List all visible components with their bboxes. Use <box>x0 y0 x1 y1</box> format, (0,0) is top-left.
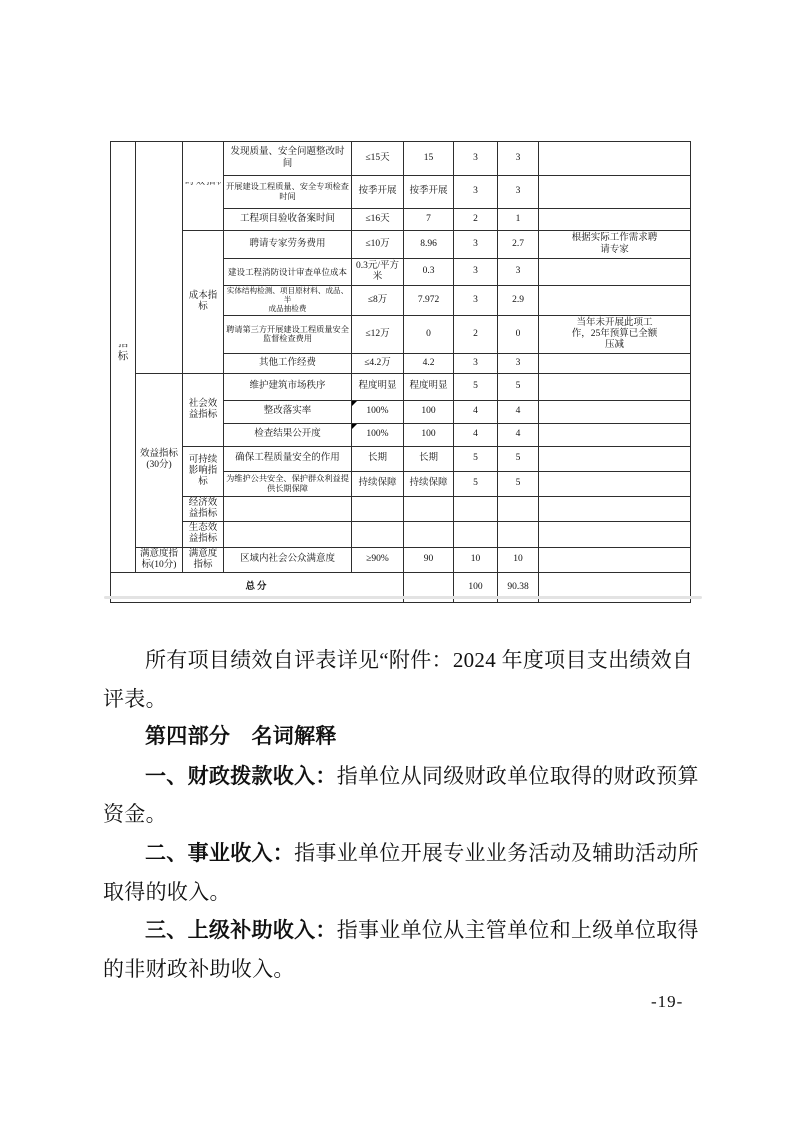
score-cell: 3 <box>498 259 539 286</box>
table-row: 满意度指标(10分) 满意度指标 区域内社会公众满意度 ≥90% 90 10 1… <box>111 547 691 572</box>
indicator-name-cell: 聘请第三方开展建设工程质量安全 监督检查费用 <box>224 315 352 353</box>
points-cell: 4 <box>454 400 498 423</box>
standard-value-cell: 100% <box>352 423 404 446</box>
indicator-name-cell: 区域内社会公众满意度 <box>224 547 352 572</box>
points-cell: 10 <box>454 547 498 572</box>
table-row: 指标 时效指标 发现质量、安全问题整改时间 ≤15天 15 3 3 <box>111 142 691 176</box>
indicator-name-cell: 维护建筑市场秩序 <box>224 373 352 400</box>
points-cell: 3 <box>454 231 498 259</box>
indicator-name-cell: 为维护公共安全、保护群众利益提 供长期保障 <box>224 471 352 496</box>
score-cell: 3 <box>498 176 539 209</box>
indicator-name-cell: 建设工程消防设计审查单位成本 <box>224 259 352 286</box>
score-cell: 4 <box>498 400 539 423</box>
table-row: 可持续影响指标 确保工程质量安全的作用 长期 长期 5 5 <box>111 446 691 471</box>
clipped-group-label: 时效指标 <box>185 182 221 190</box>
points-cell: 5 <box>454 471 498 496</box>
remark-cell <box>539 496 691 521</box>
definition-text: 指单位从同级财政单位取得的财政预算 <box>337 764 699 788</box>
score-cell: 1 <box>498 209 539 231</box>
level1-group-cell-empty <box>136 142 183 374</box>
level1-group-benefit-cell: 效益指标(30分) <box>136 373 183 547</box>
score-cell: 5 <box>498 471 539 496</box>
definition-term: 三、上级补助收入： <box>145 919 337 942</box>
standard-value-cell: 程度明显 <box>352 373 404 400</box>
standard-value-cell: ≤4.2万 <box>352 353 404 373</box>
section-heading: 第四部分 名词解释 <box>103 718 691 757</box>
definition-line: 二、事业收入：指事业单位开展专业业务活动及辅助活动所 <box>103 834 691 873</box>
definition-term: 二、事业收入： <box>145 842 294 865</box>
score-cell: 2.7 <box>498 231 539 259</box>
table-row: 成本指标 聘请专家劳务费用 ≤10万 8.96 3 2.7 根据实际工作需求聘 … <box>111 231 691 259</box>
level1-group-satisfaction-cell: 满意度指标(10分) <box>136 547 183 572</box>
level2-group-sustainability-cell: 可持续影响指标 <box>183 446 224 496</box>
completion-value-cell: 7 <box>404 209 454 231</box>
points-cell: 2 <box>454 315 498 353</box>
score-cell <box>498 496 539 521</box>
standard-value-cell <box>352 522 404 547</box>
score-cell: 4 <box>498 423 539 446</box>
remark-cell <box>539 446 691 471</box>
completion-value-cell: 按季开展 <box>404 176 454 209</box>
indicator-name-cell <box>224 522 352 547</box>
points-cell: 3 <box>454 142 498 176</box>
standard-value-cell: ≥90% <box>352 547 404 572</box>
level2-group-timeliness-cell: 时效指标 <box>183 142 224 231</box>
standard-value-cell: ≤10万 <box>352 231 404 259</box>
points-cell: 3 <box>454 259 498 286</box>
points-cell <box>454 496 498 521</box>
remark-cell <box>539 259 691 286</box>
completion-value-cell: 15 <box>404 142 454 176</box>
level0-indicator-cell: 指标 <box>111 142 136 573</box>
points-cell: 3 <box>454 286 498 316</box>
remark-cell <box>539 209 691 231</box>
remark-cell <box>539 400 691 423</box>
completion-value-cell <box>404 522 454 547</box>
remark-cell <box>539 142 691 176</box>
annotation-corner-mark <box>352 401 357 406</box>
score-cell: 2.9 <box>498 286 539 316</box>
score-cell: 0 <box>498 315 539 353</box>
scan-artifact-line <box>104 596 702 599</box>
points-cell: 3 <box>454 176 498 209</box>
definition-line: 一、财政拨款收入：指单位从同级财政单位取得的财政预算 <box>103 757 691 796</box>
completion-value-cell: 90 <box>404 547 454 572</box>
paragraph-line: 评表。 <box>103 680 691 719</box>
indicator-name-cell: 其他工作经费 <box>224 353 352 373</box>
score-cell <box>498 522 539 547</box>
indicator-name-cell: 开展建设工程质量、安全专项检查 时间 <box>224 176 352 209</box>
definition-line: 取得的收入。 <box>103 873 691 912</box>
standard-value-cell: ≤8万 <box>352 286 404 316</box>
completion-value-cell <box>404 496 454 521</box>
completion-value-cell: 持续保障 <box>404 471 454 496</box>
remark-cell: 根据实际工作需求聘 请专家 <box>539 231 691 259</box>
standard-value-cell: 0.3元/平方 米 <box>352 259 404 286</box>
indicator-name-cell: 聘请专家劳务费用 <box>224 231 352 259</box>
completion-value-cell: 0 <box>404 315 454 353</box>
definition-term: 一、财政拨款收入： <box>145 765 337 788</box>
points-cell: 5 <box>454 446 498 471</box>
definition-line: 三、上级补助收入：指事业单位从主管单位和上级单位取得 <box>103 911 691 950</box>
definition-line: 的非财政补助收入。 <box>103 950 691 989</box>
completion-value-cell: 长期 <box>404 446 454 471</box>
definition-line: 资金。 <box>103 795 691 834</box>
completion-value-cell: 程度明显 <box>404 373 454 400</box>
points-cell: 3 <box>454 353 498 373</box>
level2-group-cost-cell: 成本指标 <box>183 231 224 374</box>
remark-cell <box>539 286 691 316</box>
remark-cell <box>539 373 691 400</box>
remark-cell <box>539 176 691 209</box>
indicator-name-cell <box>224 496 352 521</box>
level2-group-ecological-cell: 生态效益指标 <box>183 522 224 547</box>
table-row: 生态效益指标 <box>111 522 691 547</box>
page-number: -19- <box>651 992 683 1012</box>
completion-value-cell: 100 <box>404 400 454 423</box>
remark-cell: 当年未开展此项工 作，25年预算已全额 压减 <box>539 315 691 353</box>
level2-group-economic-cell: 经济效益指标 <box>183 496 224 521</box>
remark-cell <box>539 353 691 373</box>
paragraph-line: 所有项目绩效自评表详见“附件：2024 年度项目支出绩效自 <box>103 641 691 680</box>
points-cell <box>454 522 498 547</box>
points-cell: 5 <box>454 373 498 400</box>
body-text: 所有项目绩效自评表详见“附件：2024 年度项目支出绩效自 评表。 第四部分 名… <box>103 641 691 988</box>
standard-value-cell: ≤12万 <box>352 315 404 353</box>
remark-cell <box>539 471 691 496</box>
completion-value-cell: 8.96 <box>404 231 454 259</box>
clipped-vertical-label: 指标 <box>113 344 133 371</box>
indicator-name-cell: 发现质量、安全问题整改时间 <box>224 142 352 176</box>
standard-value-cell: ≤16天 <box>352 209 404 231</box>
indicator-name-cell: 实体结构检测、项目原材料、成品、半 成品抽检费 <box>224 286 352 316</box>
remark-cell <box>539 423 691 446</box>
score-cell: 3 <box>498 353 539 373</box>
document-page: 指标 时效指标 发现质量、安全问题整改时间 ≤15天 15 3 3 开展建设工程… <box>0 0 793 1122</box>
standard-value-cell: 100% <box>352 400 404 423</box>
definition-text: 指事业单位开展专业业务活动及辅助活动所 <box>294 841 699 865</box>
standard-value-cell <box>352 496 404 521</box>
standard-value-cell: ≤15天 <box>352 142 404 176</box>
table-row: 经济效益指标 <box>111 496 691 521</box>
standard-value-cell: 按季开展 <box>352 176 404 209</box>
completion-value-cell: 0.3 <box>404 259 454 286</box>
performance-indicator-table: 指标 时效指标 发现质量、安全问题整改时间 ≤15天 15 3 3 开展建设工程… <box>110 141 691 603</box>
table-row: 效益指标(30分) 社会效益指标 维护建筑市场秩序 程度明显 程度明显 5 5 <box>111 373 691 400</box>
indicator-name-cell: 确保工程质量安全的作用 <box>224 446 352 471</box>
indicator-name-cell: 整改落实率 <box>224 400 352 423</box>
indicator-name-cell: 检查结果公开度 <box>224 423 352 446</box>
points-cell: 4 <box>454 423 498 446</box>
completion-value-cell: 4.2 <box>404 353 454 373</box>
level2-group-social-cell: 社会效益指标 <box>183 373 224 446</box>
completion-value-cell: 100 <box>404 423 454 446</box>
completion-value-cell: 7.972 <box>404 286 454 316</box>
level2-group-satisfaction-cell: 满意度指标 <box>183 547 224 572</box>
points-cell: 2 <box>454 209 498 231</box>
standard-value-cell: 持续保障 <box>352 471 404 496</box>
score-cell: 5 <box>498 446 539 471</box>
remark-cell <box>539 522 691 547</box>
score-cell: 3 <box>498 142 539 176</box>
standard-value-cell: 长期 <box>352 446 404 471</box>
annotation-corner-mark <box>352 424 357 429</box>
remark-cell <box>539 547 691 572</box>
score-cell: 5 <box>498 373 539 400</box>
score-cell: 10 <box>498 547 539 572</box>
definition-text: 指事业单位从主管单位和上级单位取得 <box>337 918 699 942</box>
indicator-name-cell: 工程项目验收备案时间 <box>224 209 352 231</box>
